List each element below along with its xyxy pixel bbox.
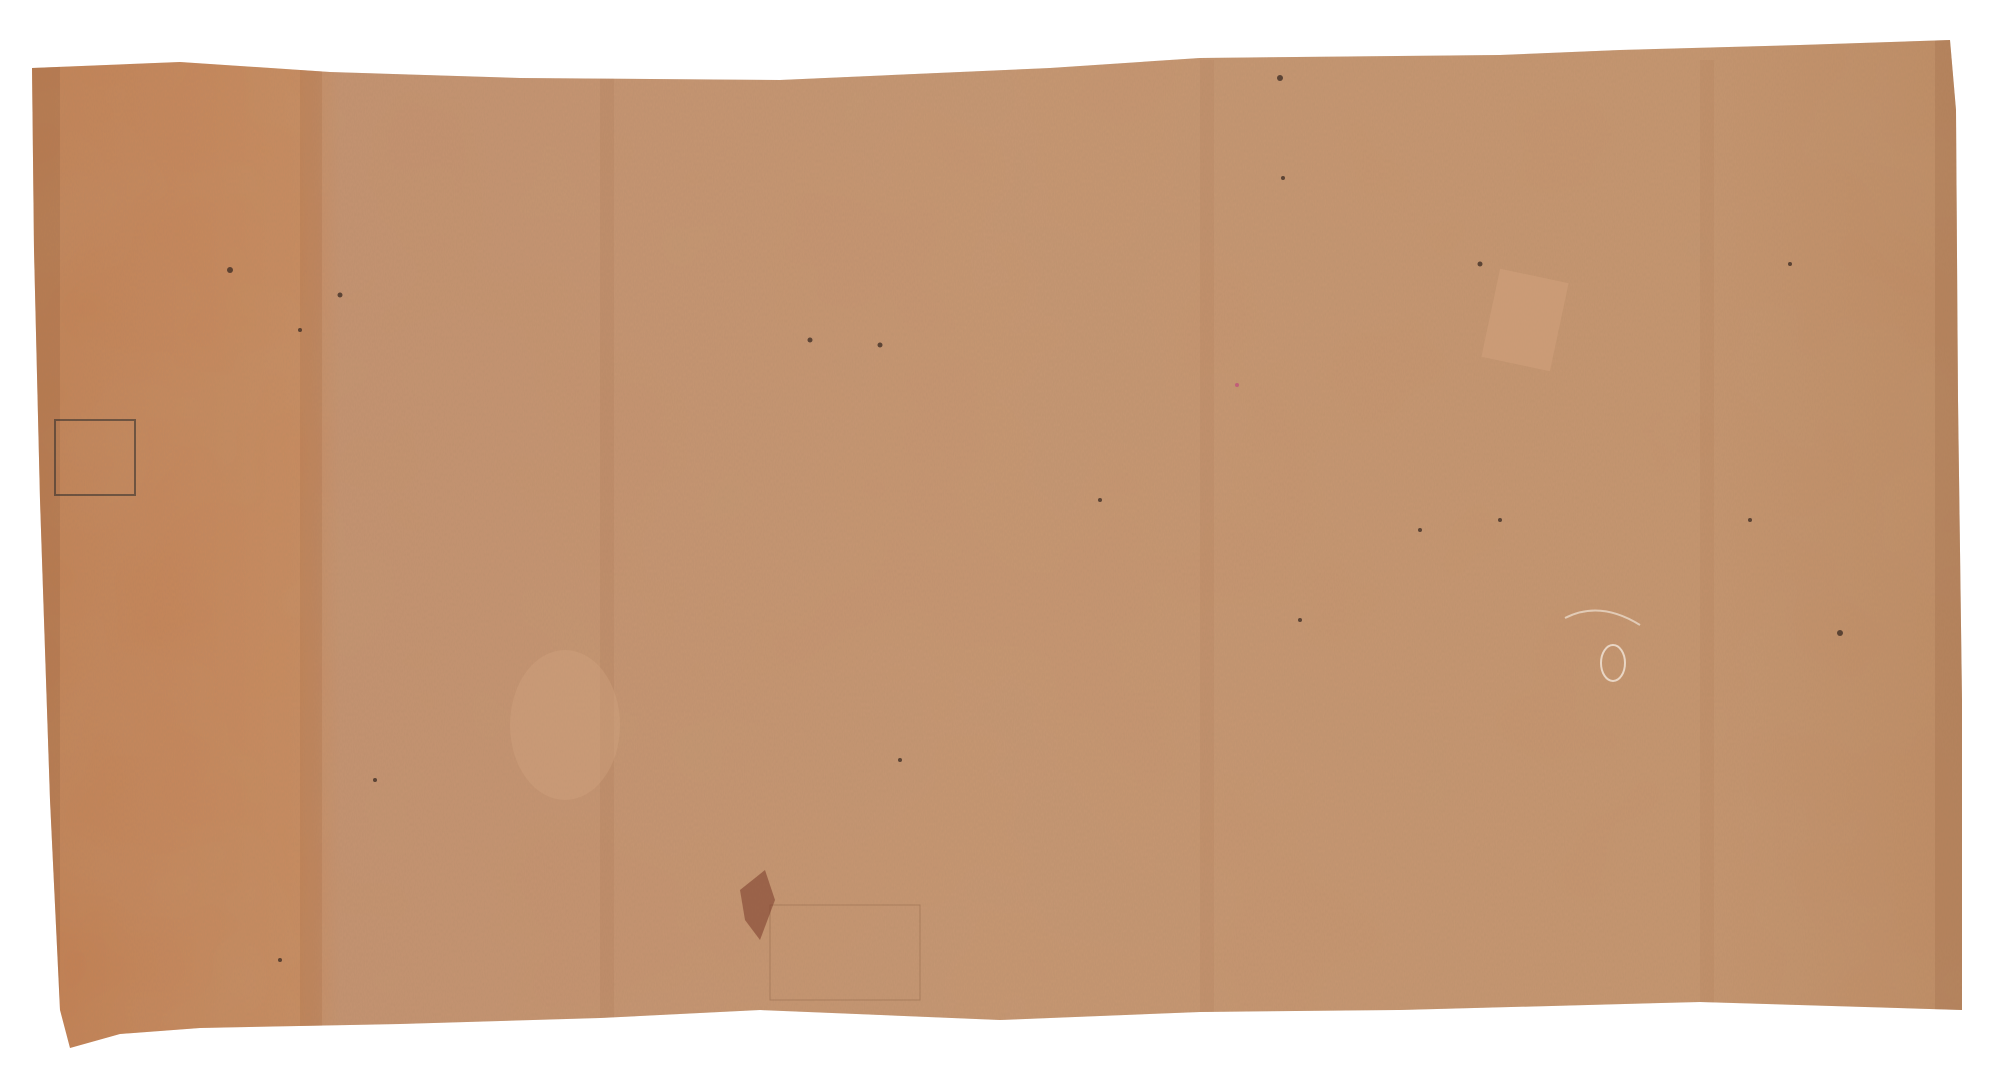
- bark-cloth-textile: [0, 0, 2000, 1081]
- photo-canvas: [0, 0, 2000, 1081]
